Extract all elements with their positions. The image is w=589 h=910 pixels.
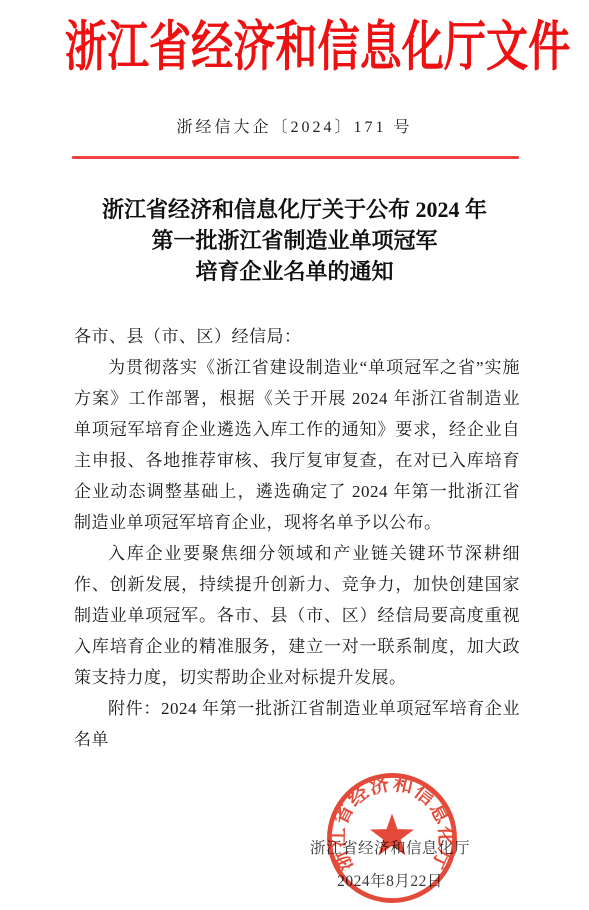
- salutation-line: 各市、县（市、区）经信局：: [74, 321, 520, 352]
- body-paragraph-1: 为贯彻落实《浙江省建设制造业“单项冠军之省”实施方案》工作部署，根据《关于开展 …: [74, 352, 520, 538]
- agency-header-title: 浙江省经济和信息化厅文件: [65, 16, 524, 78]
- attachment-line: 附件：2024 年第一批浙江省制造业单项冠军培育企业名单: [74, 693, 520, 755]
- document-body: 各市、县（市、区）经信局： 为贯彻落实《浙江省建设制造业“单项冠军之省”实施方案…: [74, 321, 520, 755]
- document-number: 浙经信大企〔2024〕171 号: [0, 114, 589, 137]
- title-line-2: 第一批浙江省制造业单项冠军: [0, 225, 589, 256]
- document-page: 浙江省经济和信息化厅文件 浙经信大企〔2024〕171 号 浙江省经济和信息化厅…: [0, 0, 589, 910]
- title-line-3: 培育企业名单的通知: [0, 256, 589, 287]
- red-divider-rule: [72, 156, 519, 159]
- body-paragraph-2: 入库企业要聚焦细分领域和产业链关键环节深耕细作、创新发展，持续提升创新力、竞争力…: [74, 538, 520, 693]
- seal-star-icon: [370, 814, 414, 856]
- title-line-1: 浙江省经济和信息化厅关于公布 2024 年: [0, 194, 589, 225]
- document-title: 浙江省经济和信息化厅关于公布 2024 年 第一批浙江省制造业单项冠军 培育企业…: [0, 194, 589, 287]
- official-seal: 浙江省经济和信息化厅: [324, 770, 460, 906]
